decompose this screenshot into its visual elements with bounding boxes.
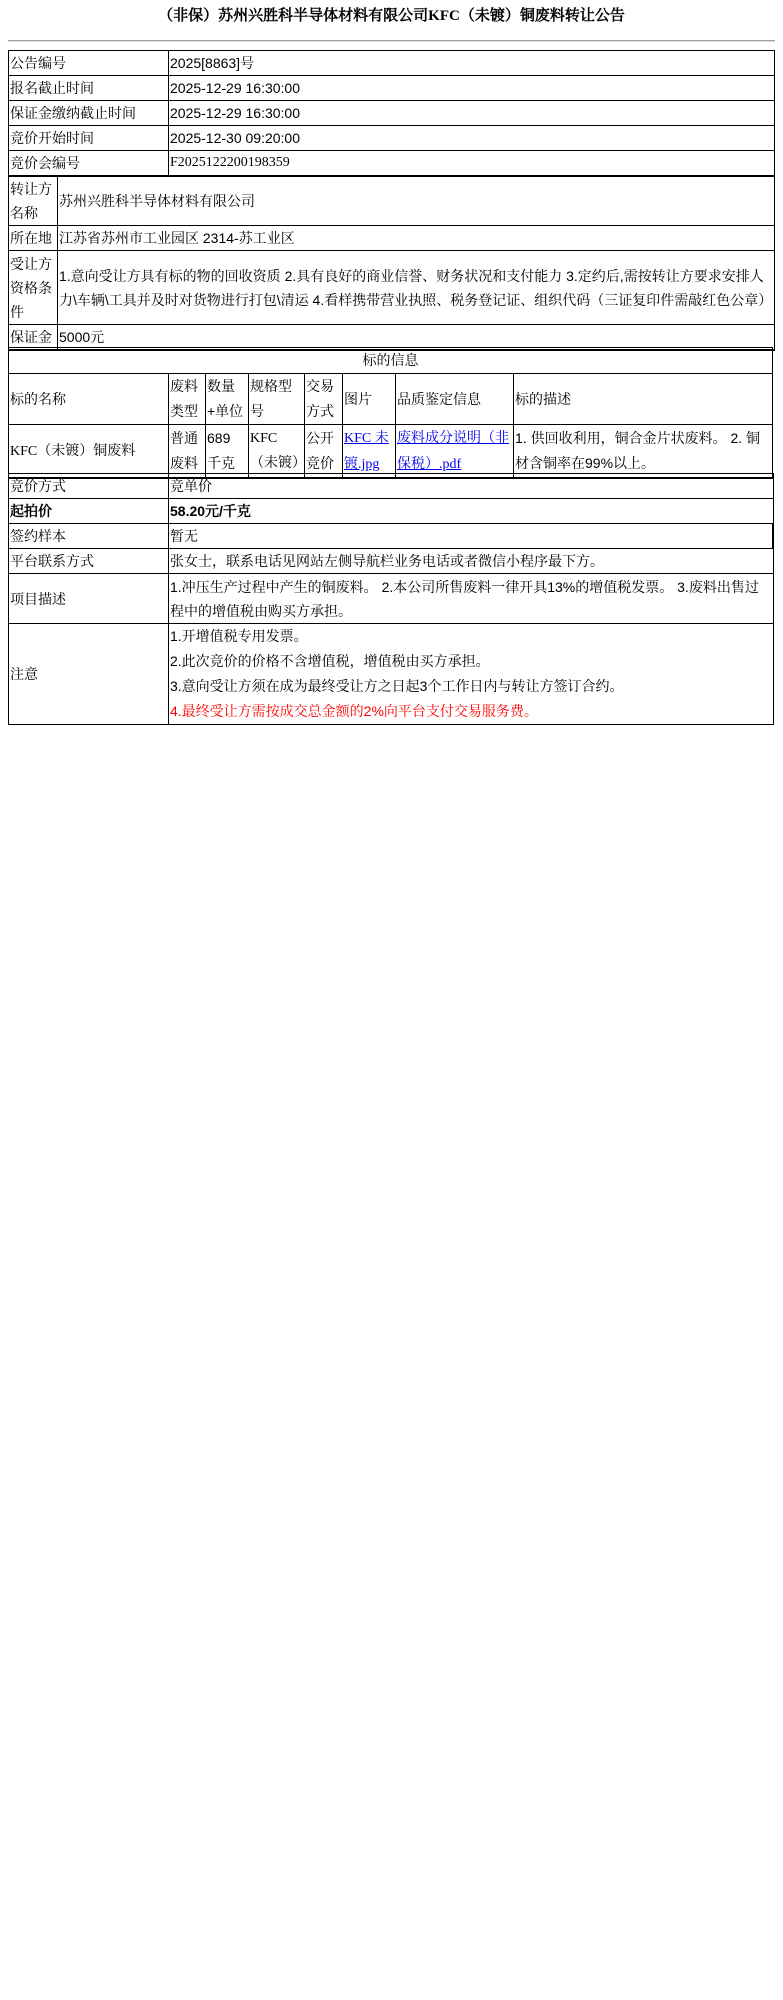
table-row: 平台联系方式 张女士，联系电话见网站左侧导航栏业务电话或者微信小程序最下方。 [9,549,774,574]
field-label: 项目描述 [9,574,169,624]
auction-number: F2025122200198359 [169,151,775,177]
table-row: 竞价会编号 F2025122200198359 [9,151,775,177]
table-row: 注意 1.开增值税专用发票。 2.此次竞价的价格不含增值税，增值税由买方承担。 … [9,624,774,725]
transferor-table: 转让方名称 苏州兴胜科半导体材料有限公司 所在地 江苏省苏州市工业园区 2314… [8,175,775,351]
field-label: 报名截止时间 [9,76,169,101]
section-title: 标的信息 [9,348,773,374]
column-header: 标的名称 [9,374,169,425]
quality-cell: 废料成分说明（非保税）.pdf [396,425,514,479]
transferor-name: 苏州兴胜科半导体材料有限公司 [58,176,775,226]
table-row: 转让方名称 苏州兴胜科半导体材料有限公司 [9,176,775,226]
notes: 1.开增值税专用发票。 2.此次竞价的价格不含增值税，增值税由买方承担。 3.意… [169,624,774,725]
location: 江苏省苏州市工业园区 2314-苏工业区 [58,226,775,251]
registration-deadline: 2025-12-29 16:30:00 [169,76,775,101]
table-row: 报名截止时间 2025-12-29 16:30:00 [9,76,775,101]
auction-info-table: 竞价方式 竞单价 起拍价 58.20元/千克 签约样本 暂无 平台联系方式 张女… [8,473,774,725]
project-description: 1.冲压生产过程中产生的铜废料。 2.本公司所售废料一律开具13%的增值税发票。… [169,574,774,624]
platform-contact: 张女士，联系电话见网站左侧导航栏业务电话或者微信小程序最下方。 [169,549,774,574]
field-label: 所在地 [9,226,58,251]
table-row: 公告编号 2025[8863]号 [9,51,775,76]
field-label: 签约样本 [9,524,169,549]
field-label: 受让方资格条件 [9,251,58,325]
divider [8,40,775,42]
table-row: 竞价开始时间 2025-12-30 09:20:00 [9,126,775,151]
column-header: 品质鉴定信息 [396,374,514,425]
note-item: 2.此次竞价的价格不含增值税，增值税由买方承担。 [170,649,772,674]
lot-name: KFC（未镀）铜废料 [9,425,169,479]
column-header: 废料类型 [169,374,206,425]
field-label: 平台联系方式 [9,549,169,574]
field-label: 注意 [9,624,169,725]
announcement-number: 2025[8863]号 [169,51,775,76]
waste-type: 普通废料 [169,425,206,479]
page-title: （非保）苏州兴胜科半导体材料有限公司KFC（未镀）铜废料转让公告 [0,6,783,26]
lot-info-table: 标的信息 标的名称 废料类型 数量+单位 规格型号 交易方式 图片 品质鉴定信息… [8,347,773,479]
contract-sample: 暂无 [169,524,774,549]
field-label: 转让方名称 [9,176,58,226]
note-item: 3.意向受让方须在成为最终受让方之日起3个工作日内与转让方签订合约。 [170,674,772,699]
field-label: 竞价方式 [9,474,169,499]
note-item: 1.开增值税专用发票。 [170,624,772,649]
column-header: 图片 [343,374,396,425]
table-header-row: 标的名称 废料类型 数量+单位 规格型号 交易方式 图片 品质鉴定信息 标的描述 [9,374,773,425]
table-row: KFC（未镀）铜废料 普通废料 689 千克 KFC（未镀） 公开竞价 KFC … [9,425,773,479]
field-label: 竞价会编号 [9,151,169,177]
lot-description: 1. 供回收利用，铜合金片状废料。 2. 铜材含铜率在99%以上。 [514,425,773,479]
table-row: 起拍价 58.20元/千克 [9,499,774,524]
quality-report-link[interactable]: 废料成分说明（非保税）.pdf [397,431,509,472]
column-header: 数量+单位 [206,374,249,425]
quantity: 689 千克 [206,425,249,479]
bid-method: 竞单价 [169,474,774,499]
table-row: 保证金缴纳截止时间 2025-12-29 16:30:00 [9,101,775,126]
image-cell: KFC 未镀.jpg [343,425,396,479]
table-row: 项目描述 1.冲压生产过程中产生的铜废料。 2.本公司所售废料一律开具13%的增… [9,574,774,624]
field-label: 公告编号 [9,51,169,76]
auction-start-time: 2025-12-30 09:20:00 [169,126,775,151]
field-label: 保证金缴纳截止时间 [9,101,169,126]
start-price: 58.20元/千克 [169,499,774,524]
basic-info-table: 公告编号 2025[8863]号 报名截止时间 2025-12-29 16:30… [8,50,775,177]
table-row: 受让方资格条件 1.意向受让方具有标的物的回收资质 2.具有良好的商业信誉、财务… [9,251,775,325]
note-item-highlight: 4.最终受让方需按成交总金额的2%向平台支付交易服务费。 [170,699,772,724]
table-row: 签约样本 暂无 [9,524,774,549]
table-row: 标的信息 [9,348,773,374]
column-header: 交易方式 [305,374,343,425]
table-row: 竞价方式 竞单价 [9,474,774,499]
column-header: 规格型号 [249,374,305,425]
field-label: 起拍价 [9,499,169,524]
table-row: 所在地 江苏省苏州市工业园区 2314-苏工业区 [9,226,775,251]
field-label: 竞价开始时间 [9,126,169,151]
image-file-link[interactable]: KFC 未镀.jpg [344,431,389,472]
spec-model: KFC（未镀） [249,425,305,479]
deposit-deadline: 2025-12-29 16:30:00 [169,101,775,126]
column-header: 标的描述 [514,374,773,425]
qualification-conditions: 1.意向受让方具有标的物的回收资质 2.具有良好的商业信誉、财务状况和支付能力 … [58,251,775,325]
auction-number-value: F2025122200198359 [170,155,290,170]
trade-method: 公开竞价 [305,425,343,479]
